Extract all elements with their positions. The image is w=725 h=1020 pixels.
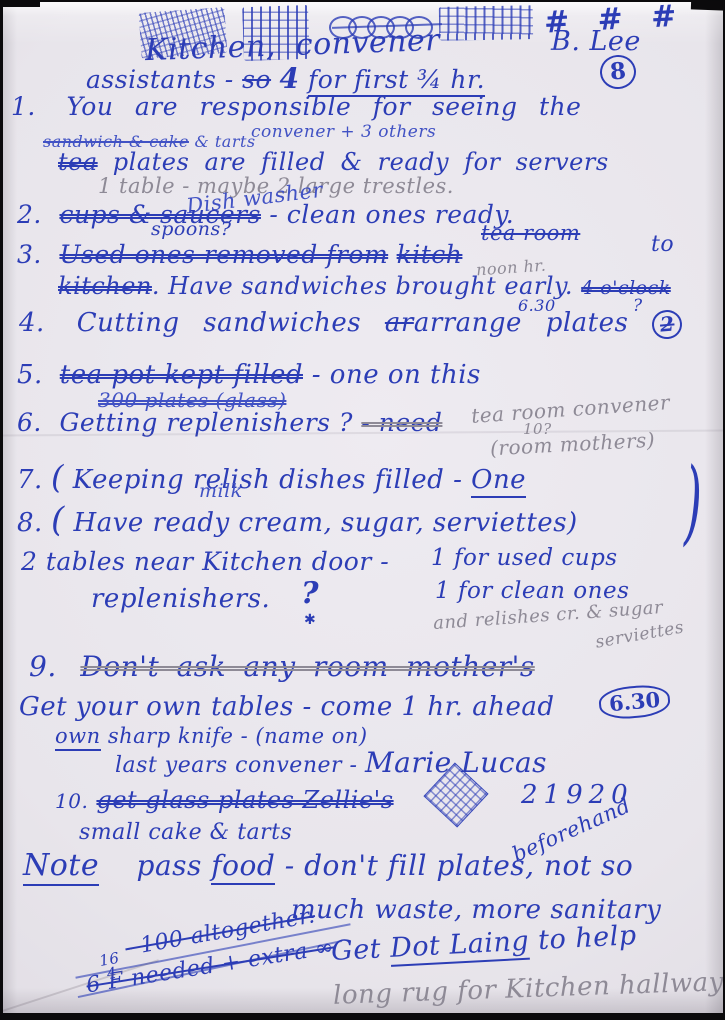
item-1-insert-above: convener + 3 others [251,122,436,142]
tables-replenishers: replenishers. [91,584,270,614]
circled-time-badge: 6.30 [599,686,670,718]
item-8-milk-insert: milk [199,480,243,502]
scribble-tally-grid [439,5,534,41]
assistants-count: 4 [280,62,300,95]
helper-name: Dot Laing [389,926,530,967]
list-item-3: 3. Used ones removed from kitch [17,240,462,269]
note-line: Note pass food - don't fill plates, not … [23,848,633,883]
note-label: Note [23,848,99,886]
bottom-pencil-note: long rug for Kitchen hallway [333,967,723,1011]
item-number: 1. [11,92,45,121]
author-name: B. Lee [551,26,641,57]
list-item-2: 2. cups & saucers - clean ones ready. [17,200,514,229]
list-item-7: 7.( Keeping relish dishes filled - One [17,458,526,496]
assistants-struck: so [242,65,271,94]
tables-line: 2 tables near Kitchen door - [21,547,389,576]
tables-clean-ones: 1 for clean ones [435,578,629,604]
list-item-4: 4. Cutting sandwiches ararrange plates 2 [19,308,683,339]
item-3-above: spoons? [151,218,231,240]
scan-edge-bottom [0,1013,725,1020]
circled-count-badge: 8 [600,55,636,89]
item-3-to: to [651,232,674,257]
scan-edge-top-left [0,0,40,7]
scanned-note-page: # # # Kitchen, convener B. Lee assistant… [0,0,725,1020]
note-line2: much waste, more sanitary [291,895,661,925]
help-line: Get Dot Laing to help [330,920,637,967]
tables-used-cups: 1 for used cups [431,545,618,571]
circled-two: 2 [651,309,684,341]
last-year-line: last years convener - Marie Lucas [115,746,547,779]
scan-edge-top-right [691,0,725,11]
list-item-1: 1. You are responsible for seeing the [11,92,581,121]
scan-edge-left [0,0,3,1020]
list-item-5: 5. tea pot kept filled - one on this [17,360,481,390]
list-item-10: 10. get glass plates Zellie's [55,786,394,814]
item-text: You are responsible for seeing the [66,92,581,121]
brace-items-7-8: ) [684,448,702,555]
paper-sheet: # # # Kitchen, convener B. Lee assistant… [3,2,723,1014]
list-item-8: 8.( Have ready cream, sugar, serviettes) [17,500,578,540]
item-10-below: small cake & tarts [79,820,292,845]
list-item-9: 9. Don't ask any room mother's [29,650,535,683]
item-6-pencil-1: tea room convener [470,390,670,428]
assistants-line: assistants - so 4 for first ¾ hr. [86,62,485,95]
tables-question: ? [301,576,319,611]
assistants-text: assistants - [86,65,234,94]
star-mark: ✱ [304,612,316,628]
item-3-line2: kitchen. Have sandwiches brought early. … [58,272,671,300]
own-tables-line: Get your own tables - come 1 hr. ahead [19,692,554,722]
knife-line: own sharp knife - (name on) [55,724,368,748]
item-1-line2: tea plates are filled & ready for server… [58,148,609,176]
item-3-tea-room: tea room [481,221,580,245]
tables-pencil-serviettes: serviettes [594,617,686,652]
